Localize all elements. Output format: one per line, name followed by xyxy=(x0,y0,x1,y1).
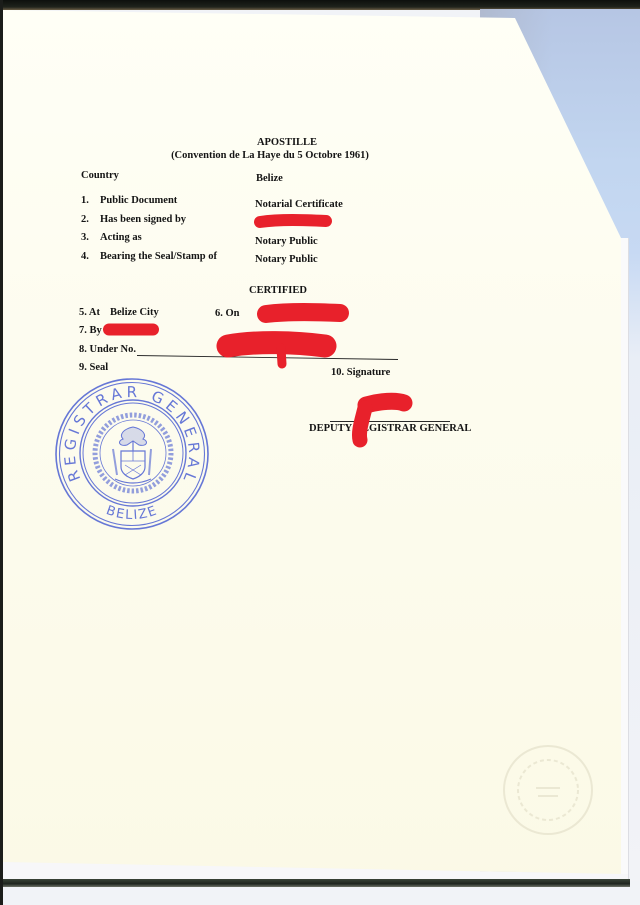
redaction-mark-under-no-drip xyxy=(281,348,282,364)
redaction-mark-signature xyxy=(366,401,404,405)
redaction-mark-signature-stroke xyxy=(359,408,365,440)
redaction-mark-date xyxy=(266,312,340,314)
redaction-mark-signed-by xyxy=(260,220,326,222)
redaction-mark-under-no xyxy=(228,343,325,346)
redaction-layer xyxy=(0,0,640,905)
scanner-left-edge xyxy=(0,0,3,905)
